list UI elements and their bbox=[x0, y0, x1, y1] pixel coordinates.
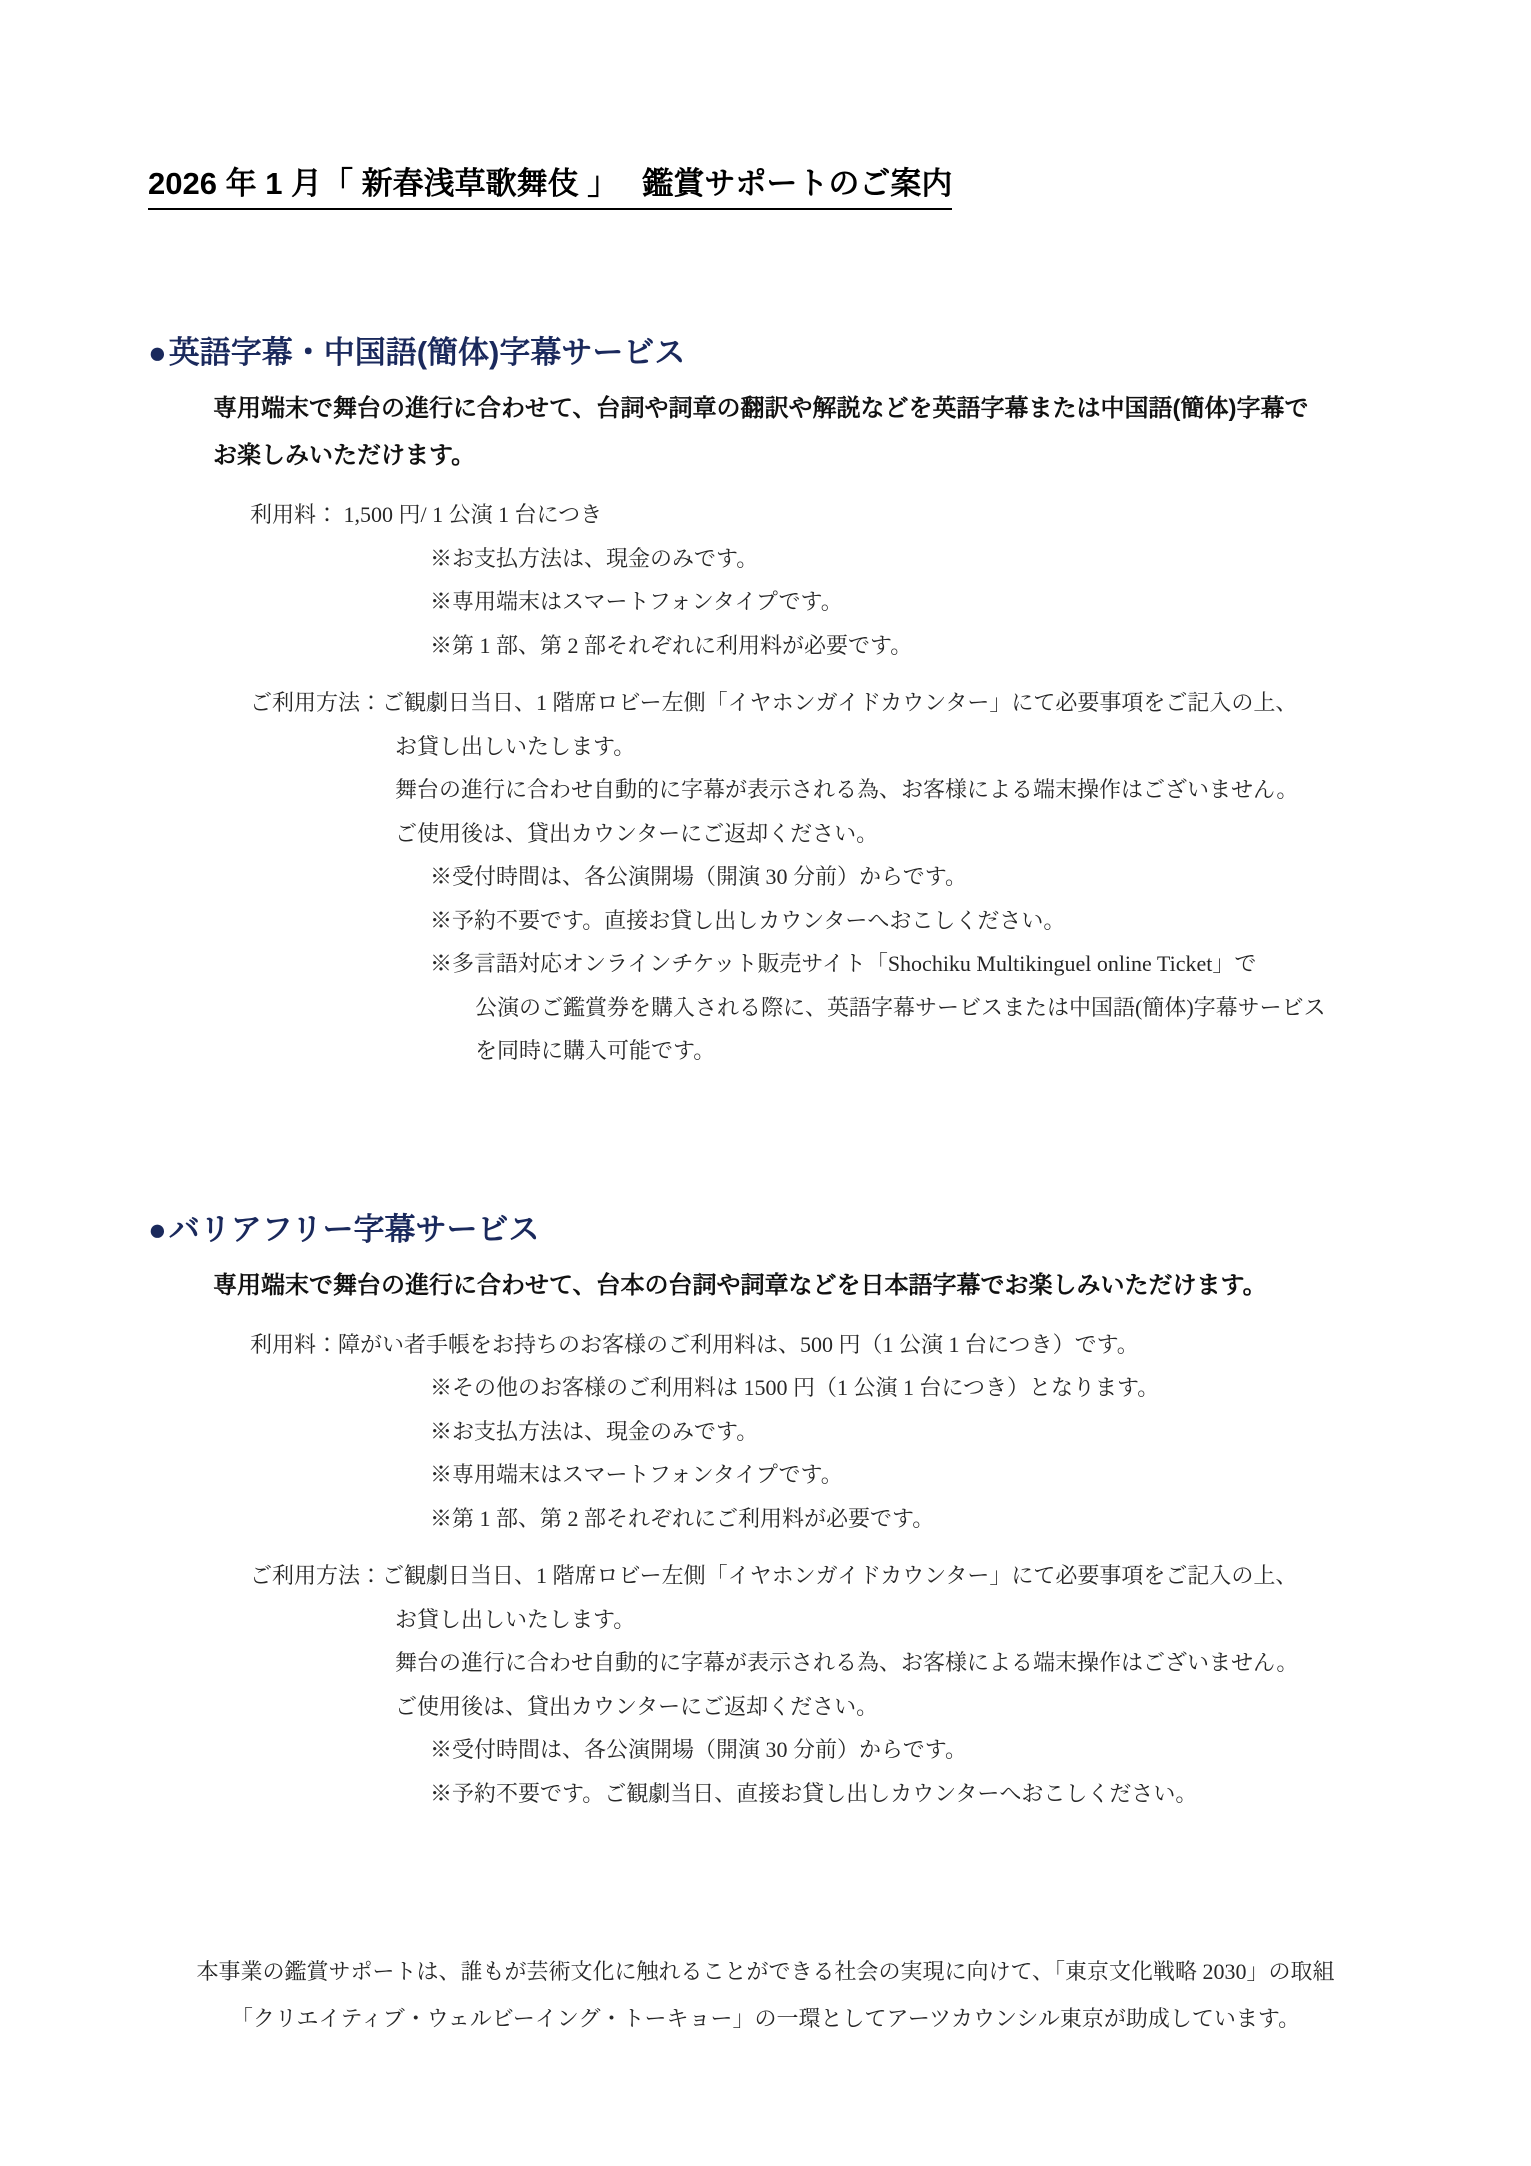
usage-note-continuation: を同時に購入可能です。 bbox=[0, 1029, 1531, 1073]
bullet-icon: ● bbox=[148, 1212, 167, 1247]
usage-continuation-line: 舞台の進行に合わせ自動的に字幕が表示される為、お客様による端末操作はございません… bbox=[0, 768, 1531, 812]
bullet-icon: ● bbox=[148, 335, 167, 370]
fee-note: ※お支払方法は、現金のみです。 bbox=[0, 537, 1531, 581]
document-page: 2026 年 1 月「 新春浅草歌舞伎 」 鑑賞サポートのご案内 ●英語字幕・中… bbox=[0, 0, 1531, 2042]
footer-line: 本事業の鑑賞サポートは、誰もが芸術文化に触れることができる社会の実現に向けて、「… bbox=[0, 1948, 1531, 1995]
fee-note: ※第 1 部、第 2 部それぞれに利用料が必要です。 bbox=[0, 624, 1531, 668]
page-title: 2026 年 1 月「 新春浅草歌舞伎 」 鑑賞サポートのご案内 bbox=[148, 163, 952, 210]
section-heading-text: 英語字幕・中国語(簡体)字幕サービス bbox=[169, 335, 686, 370]
usage-note-continuation: 公演のご鑑賞券を購入される際に、英語字幕サービスまたは中国語(簡体)字幕サービス bbox=[0, 986, 1531, 1030]
fee-block: 利用料： 1,500 円/ 1 公演 1 台につき ※お支払方法は、現金のみです… bbox=[0, 493, 1531, 667]
fee-line: 利用料： 1,500 円/ 1 公演 1 台につき bbox=[0, 493, 1531, 537]
usage-continuation-line: ご使用後は、貸出カウンターにご返却ください。 bbox=[0, 1685, 1531, 1729]
section-intro: 専用端末で舞台の進行に合わせて、台本の台詞や詞章などを日本語字幕でお楽しみいただ… bbox=[0, 1262, 1531, 1309]
section-barrier-free-subtitle-service: ●バリアフリー字幕サービス 専用端末で舞台の進行に合わせて、台本の台詞や詞章など… bbox=[0, 1208, 1531, 1816]
usage-line: ご利用方法：ご観劇日当日、1 階席ロビー左側「イヤホンガイドカウンター」にて必要… bbox=[0, 681, 1531, 725]
usage-block: ご利用方法：ご観劇日当日、1 階席ロビー左側「イヤホンガイドカウンター」にて必要… bbox=[0, 1554, 1531, 1815]
fee-note: ※その他のお客様のご利用料は 1500 円（1 公演 1 台につき）となります。 bbox=[0, 1366, 1531, 1410]
fee-line: 利用料：障がい者手帳をお持ちのお客様のご利用料は、500 円（1 公演 1 台に… bbox=[0, 1323, 1531, 1367]
usage-note: ※予約不要です。ご観劇当日、直接お貸し出しカウンターへおこしください。 bbox=[0, 1772, 1531, 1816]
section-heading-text: バリアフリー字幕サービス bbox=[169, 1212, 540, 1247]
intro-line: 専用端末で舞台の進行に合わせて、台詞や詞章の翻訳や解説などを英語字幕または中国語… bbox=[0, 385, 1531, 432]
usage-continuation-line: お貸し出しいたします。 bbox=[0, 1598, 1531, 1642]
title-row: 2026 年 1 月「 新春浅草歌舞伎 」 鑑賞サポートのご案内 bbox=[148, 163, 1531, 210]
usage-continuation-line: お貸し出しいたします。 bbox=[0, 725, 1531, 769]
usage-note: ※受付時間は、各公演開場（開演 30 分前）からです。 bbox=[0, 1728, 1531, 1772]
usage-note: ※受付時間は、各公演開場（開演 30 分前）からです。 bbox=[0, 855, 1531, 899]
section-heading-barrier-free: ●バリアフリー字幕サービス bbox=[148, 1208, 1531, 1252]
fee-note: ※専用端末はスマートフォンタイプです。 bbox=[0, 580, 1531, 624]
section-heading-english-chinese: ●英語字幕・中国語(簡体)字幕サービス bbox=[148, 331, 1531, 375]
fee-note: ※お支払方法は、現金のみです。 bbox=[0, 1410, 1531, 1454]
footer-line: 「クリエイティブ・ウェルビーイング・トーキョー」の一環としてアーツカウンシル東京… bbox=[0, 1995, 1531, 2042]
footer: 本事業の鑑賞サポートは、誰もが芸術文化に触れることができる社会の実現に向けて、「… bbox=[0, 1948, 1531, 2042]
usage-line: ご利用方法：ご観劇日当日、1 階席ロビー左側「イヤホンガイドカウンター」にて必要… bbox=[0, 1554, 1531, 1598]
usage-continuation-line: 舞台の進行に合わせ自動的に字幕が表示される為、お客様による端末操作はございません… bbox=[0, 1641, 1531, 1685]
section-english-chinese-subtitle-service: ●英語字幕・中国語(簡体)字幕サービス 専用端末で舞台の進行に合わせて、台詞や詞… bbox=[0, 331, 1531, 1073]
usage-note: ※多言語対応オンラインチケット販売サイト「Shochiku Multikingu… bbox=[0, 942, 1531, 986]
intro-line: 専用端末で舞台の進行に合わせて、台本の台詞や詞章などを日本語字幕でお楽しみいただ… bbox=[0, 1262, 1531, 1309]
fee-note: ※専用端末はスマートフォンタイプです。 bbox=[0, 1453, 1531, 1497]
usage-continuation-line: ご使用後は、貸出カウンターにご返却ください。 bbox=[0, 812, 1531, 856]
usage-note: ※予約不要です。直接お貸し出しカウンターへおこしください。 bbox=[0, 899, 1531, 943]
usage-block: ご利用方法：ご観劇日当日、1 階席ロビー左側「イヤホンガイドカウンター」にて必要… bbox=[0, 681, 1531, 1073]
fee-note: ※第 1 部、第 2 部それぞれにご利用料が必要です。 bbox=[0, 1497, 1531, 1541]
section-intro: 専用端末で舞台の進行に合わせて、台詞や詞章の翻訳や解説などを英語字幕または中国語… bbox=[0, 385, 1531, 479]
intro-line: お楽しみいただけます。 bbox=[0, 432, 1531, 479]
fee-block: 利用料：障がい者手帳をお持ちのお客様のご利用料は、500 円（1 公演 1 台に… bbox=[0, 1323, 1531, 1541]
